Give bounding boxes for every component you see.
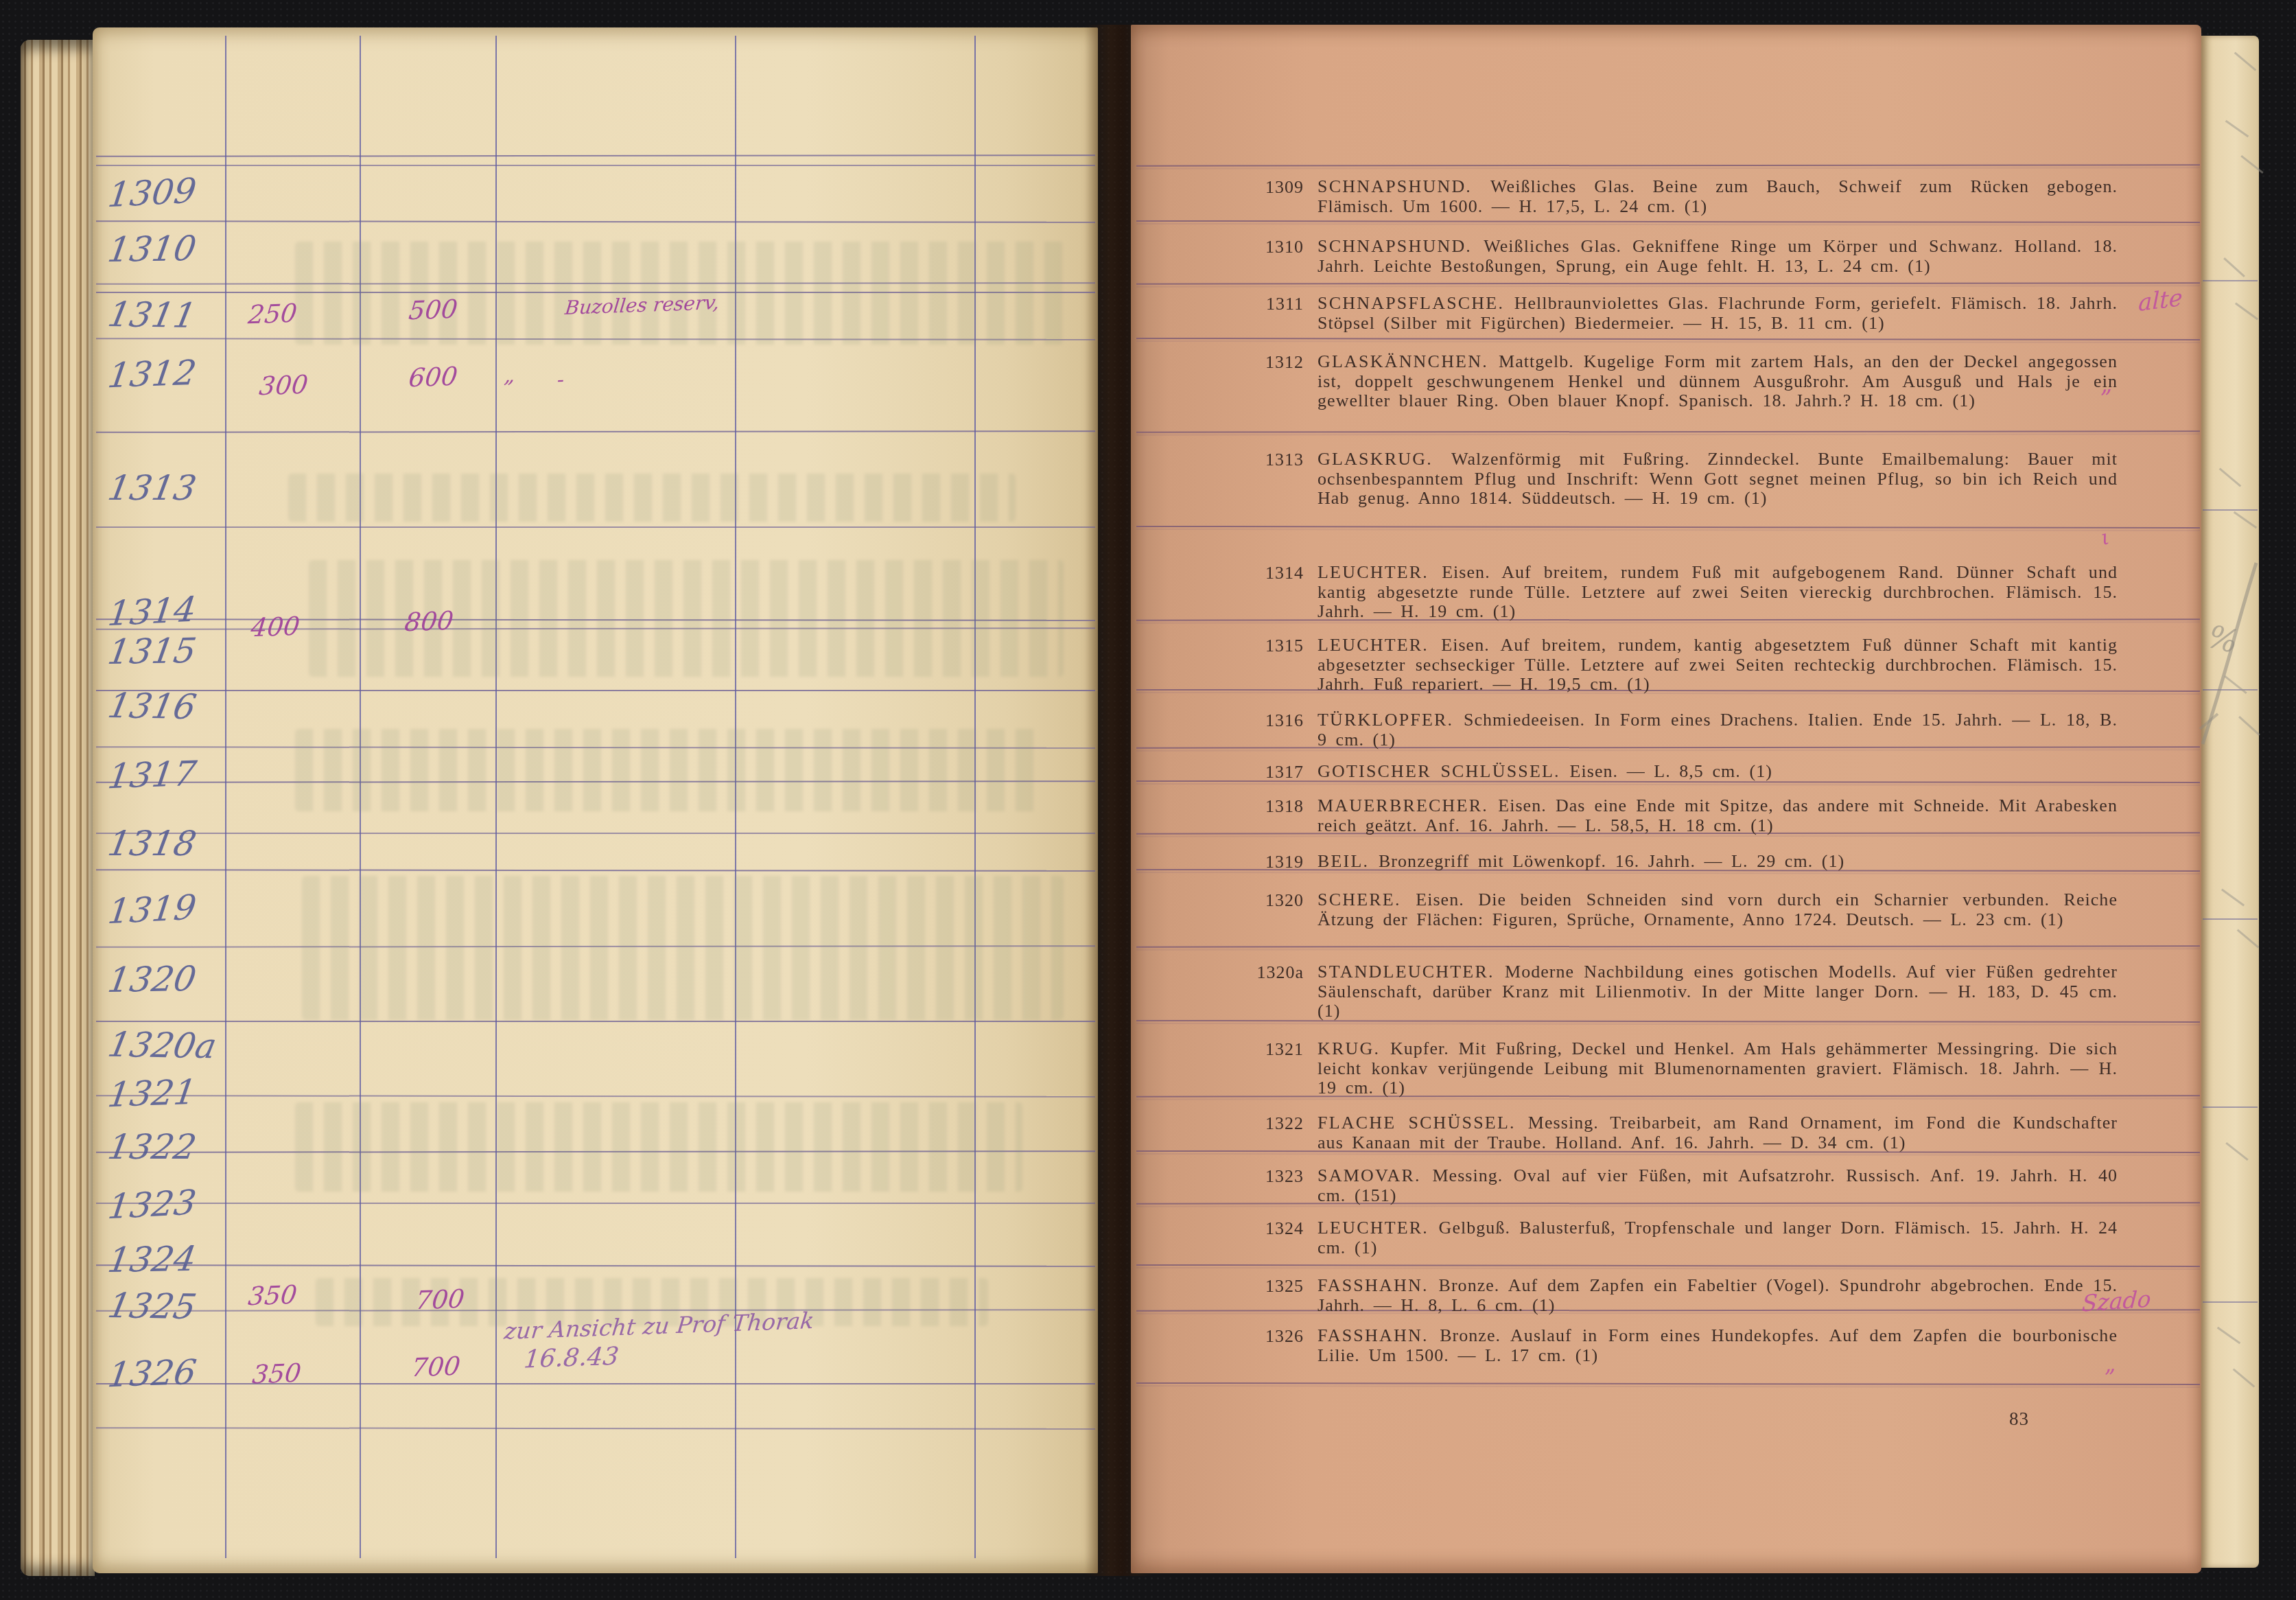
ledger-row-line <box>96 833 1095 834</box>
lot-number-handwritten: 1316 <box>105 686 200 727</box>
catalog-entry-number: 1323 <box>1241 1166 1304 1187</box>
catalog-entry-number: 1316 <box>1241 710 1304 731</box>
catalog-entry: 1326FASSHAHN. Bronze. Auslauf in Form ei… <box>1241 1326 2118 1365</box>
lot-number-handwritten: 1312 <box>106 353 199 395</box>
catalog-entry-title: GLASKRUG. <box>1317 449 1451 469</box>
edge-strip-line <box>2203 918 2258 920</box>
ink-show-through <box>295 729 1036 811</box>
estimate-price-handwritten: 600 <box>408 362 459 393</box>
estimate-price-handwritten: 800 <box>403 606 455 637</box>
catalog-entry-title: KRUG. <box>1317 1039 1390 1058</box>
catalog-entry-number: 1317 <box>1241 762 1304 782</box>
estimate-price-handwritten: 700 <box>414 1284 466 1315</box>
catalog-entry-title: BEIL. <box>1317 851 1379 871</box>
lot-number-handwritten: 1322 <box>105 1127 199 1167</box>
catalog-entry: 1325FASSHAHN. Bronze. Auf dem Zapfen ein… <box>1241 1276 2118 1315</box>
ledger-column-line <box>225 36 226 1558</box>
catalog-entry-title: FASSHAHN. <box>1317 1275 1438 1295</box>
catalog-entry-number: 1314 <box>1241 563 1304 583</box>
lot-number-handwritten: 1310 <box>105 229 199 270</box>
ledger-row-line <box>96 690 1095 691</box>
catalog-entry-title: STANDLEUCHTER. <box>1317 962 1505 982</box>
catalog-entry-text: STANDLEUCHTER. Moderne Nachbildung eines… <box>1317 962 2118 1021</box>
catalog-entry-text: SCHNAPSHUND. Weißliches Glas. Beine zum … <box>1317 177 2118 216</box>
lot-number-handwritten: 1309 <box>106 171 198 216</box>
catalog-entry-title: SAMOVAR. <box>1317 1166 1432 1185</box>
edge-strip-line <box>2203 1106 2258 1108</box>
limit-price-handwritten: 350 <box>247 1280 298 1311</box>
ledger-row-line <box>96 1021 1095 1022</box>
catalog-entry: 1323SAMOVAR. Messing. Oval auf vier Füße… <box>1241 1166 2118 1205</box>
catalog-entry-number: 1309 <box>1241 177 1304 198</box>
ink-show-through <box>302 876 1064 1020</box>
estimate-price-handwritten: 500 <box>408 294 459 325</box>
catalog-entry-title: LEUCHTER. <box>1317 1218 1439 1238</box>
catalog-entry-text: LEUCHTER. Eisen. Auf breitem, rundem Fuß… <box>1317 563 2118 622</box>
lot-number-handwritten: 1324 <box>105 1239 199 1280</box>
catalog-entry-number: 1326 <box>1241 1326 1304 1347</box>
catalog-entry: 1311SCHNAPSFLASCHE. Hellbraunviolettes G… <box>1241 294 2118 333</box>
lot-number-handwritten: 1319 <box>106 888 198 932</box>
catalog-entry-title: SCHNAPSFLASCHE. <box>1317 293 1514 313</box>
catalog-entry-text: MAUERBRECHER. Eisen. Das eine Ende mit S… <box>1317 796 2118 835</box>
catalog-entry-number: 1324 <box>1241 1218 1304 1239</box>
catalog-entry-title: FLACHE SCHÜSSEL. <box>1317 1113 1528 1133</box>
catalog-entry-number: 1325 <box>1241 1276 1304 1297</box>
ledger-row-line <box>96 526 1095 528</box>
catalog-entry-title: GLASKÄNNCHEN. <box>1317 351 1499 371</box>
catalog-entry: 1319BEIL. Bronzegriff mit Löwenkopf. 16.… <box>1241 852 2118 872</box>
catalog-entry-number: 1313 <box>1241 450 1304 470</box>
lot-number-handwritten: 1325 <box>105 1286 200 1327</box>
ledger-row-line <box>96 1383 1095 1384</box>
limit-price-handwritten: 250 <box>247 299 298 329</box>
page-number: 83 <box>2009 1408 2029 1430</box>
catalog-entry-title: SCHERE. <box>1317 890 1416 909</box>
catalog-entry-title: GOTISCHER SCHLÜSSEL. <box>1317 761 1570 781</box>
catalog-entry-text: FLACHE SCHÜSSEL. Messing. Treibarbeit, a… <box>1317 1113 2118 1152</box>
ink-show-through <box>295 1102 1022 1192</box>
catalog-entry-number: 1320a <box>1241 962 1304 983</box>
catalog-entry-title: TÜRKLOPFER. <box>1317 710 1464 730</box>
margin-ditto-1326: „ <box>2102 1350 2116 1377</box>
catalog-entry-number: 1322 <box>1241 1113 1304 1134</box>
catalog-entry: 1310SCHNAPSHUND. Weißliches Glas. Geknif… <box>1241 237 2118 276</box>
catalog-entry: 1320SCHERE. Eisen. Die beiden Schneiden … <box>1241 890 2118 929</box>
margin-note-1325: Szado <box>2081 1285 2152 1317</box>
catalog-entry: 1324LEUCHTER. Gelbguß. Balusterfuß, Trop… <box>1241 1218 2118 1257</box>
lot-number-handwritten: 1320 <box>105 959 199 1000</box>
estimate-price-handwritten: 700 <box>410 1352 462 1382</box>
catalog-entry-number: 1312 <box>1241 352 1304 373</box>
catalog-entry: 1312GLASKÄNNCHEN. Mattgelb. Kugelige For… <box>1241 352 2118 411</box>
catalog-entry-text: FASSHAHN. Bronze. Auf dem Zapfen ein Fab… <box>1317 1276 2118 1315</box>
catalog-entry: 1321KRUG. Kupfer. Mit Fußring, Deckel un… <box>1241 1039 2118 1098</box>
lot-number-handwritten: 1317 <box>106 754 199 796</box>
lot-number-handwritten: 1311 <box>105 294 200 336</box>
limit-price-handwritten: 300 <box>258 370 309 401</box>
ink-show-through <box>288 474 1016 522</box>
margin-note-alte: alte <box>2138 284 2183 317</box>
catalog-entry: 1322FLACHE SCHÜSSEL. Messing. Treibarbei… <box>1241 1113 2118 1152</box>
catalog-entry-text: SCHNAPSFLASCHE. Hellbraunviolettes Glas.… <box>1317 294 2118 333</box>
open-ledger-book-photo: 130913101311250500Buzolles reserv,131230… <box>0 0 2296 1600</box>
catalog-entry-title: MAUERBRECHER. <box>1317 796 1498 815</box>
catalog-entry: 1314LEUCHTER. Eisen. Auf breitem, rundem… <box>1241 563 2118 622</box>
catalog-entry: 1316TÜRKLOPFER. Schmiedeeisen. In Form e… <box>1241 710 2118 750</box>
catalog-entry-text: GLASKRUG. Walzenförmig mit Fußring. Zinn… <box>1317 450 2118 509</box>
page-stack-edges <box>21 40 95 1576</box>
catalog-entry-text: GOTISCHER SCHLÜSSEL. Eisen. — L. 8,5 cm.… <box>1317 762 2118 782</box>
catalog-entry-title: LEUCHTER. <box>1317 562 1442 582</box>
catalog-entry-text: SCHERE. Eisen. Die beiden Schneiden sind… <box>1317 890 2118 929</box>
lot-number-handwritten: 1323 <box>106 1183 198 1227</box>
catalog-entry-number: 1320 <box>1241 890 1304 911</box>
catalog-entry-number: 1318 <box>1241 796 1304 817</box>
catalog-entry-number: 1310 <box>1241 237 1304 257</box>
catalog-entry-text: TÜRKLOPFER. Schmiedeeisen. In Form eines… <box>1317 710 2118 750</box>
edge-strip-line <box>2203 1301 2258 1303</box>
catalog-entry: 1318MAUERBRECHER. Eisen. Das eine Ende m… <box>1241 796 2118 835</box>
catalog-entry-text: SCHNAPSHUND. Weißliches Glas. Gekniffene… <box>1317 237 2118 276</box>
lot-number-handwritten: 1313 <box>105 468 199 508</box>
catalog-entry-text: KRUG. Kupfer. Mit Fußring, Deckel und He… <box>1317 1039 2118 1098</box>
catalog-entry: 1313GLASKRUG. Walzenförmig mit Fußring. … <box>1241 450 2118 509</box>
lot-number-handwritten: 1320a <box>105 1025 220 1067</box>
pencil-check-swoosh <box>2197 557 2260 756</box>
ledger-row-line <box>96 1203 1095 1204</box>
ledger-note-date-handwritten: 16.8.43 <box>523 1343 620 1374</box>
catalog-entry-text: LEUCHTER. Eisen. Auf breitem, rundem, ka… <box>1317 636 2118 695</box>
catalog-entry-title: SCHNAPSHUND. <box>1317 236 1484 256</box>
catalog-entry: 1315LEUCHTER. Eisen. Auf breitem, rundem… <box>1241 636 2118 695</box>
catalog-entry: 1320aSTANDLEUCHTER. Moderne Nachbildung … <box>1241 962 2118 1021</box>
margin-ditto-1312: „ <box>2098 370 2113 398</box>
catalog-entry-number: 1321 <box>1241 1039 1304 1060</box>
lot-number-handwritten: 1318 <box>105 824 199 863</box>
lot-number-handwritten: 1314 <box>106 590 198 634</box>
catalog-entry-title: SCHNAPSHUND. <box>1317 176 1490 196</box>
catalog-entry-number: 1315 <box>1241 636 1304 656</box>
limit-price-handwritten: 350 <box>251 1358 303 1389</box>
catalog-entry: 1317GOTISCHER SCHLÜSSEL. Eisen. — L. 8,5… <box>1241 762 2118 782</box>
catalog-entry-text: LEUCHTER. Gelbguß. Balusterfuß, Tropfens… <box>1317 1218 2118 1257</box>
catalog-entry-title: LEUCHTER. <box>1317 635 1441 655</box>
catalog-entry-text: FASSHAHN. Bronze. Auslauf in Form eines … <box>1317 1326 2118 1365</box>
lot-number-handwritten: 1321 <box>106 1072 199 1115</box>
lot-number-handwritten: 1315 <box>105 631 199 672</box>
catalog-entry: 1309SCHNAPSHUND. Weißliches Glas. Beine … <box>1241 177 2118 216</box>
edge-strip-line <box>2203 280 2258 281</box>
catalog-entry-text: GLASKÄNNCHEN. Mattgelb. Kugelige Form mi… <box>1317 352 2118 411</box>
catalog-entry-title: FASSHAHN. <box>1317 1325 1440 1345</box>
catalog-entry-number: 1319 <box>1241 852 1304 872</box>
limit-price-handwritten: 400 <box>250 612 301 642</box>
catalog-entry-number: 1311 <box>1241 294 1304 314</box>
catalog-entry-text: BEIL. Bronzegriff mit Löwenkopf. 16. Jah… <box>1317 852 2118 872</box>
ledger-row-line <box>96 165 1095 166</box>
catalog-entry-text: SAMOVAR. Messing. Oval auf vier Füßen, m… <box>1317 1166 2118 1205</box>
edge-strip-line <box>2203 509 2258 511</box>
lot-number-handwritten: 1326 <box>106 1352 199 1395</box>
